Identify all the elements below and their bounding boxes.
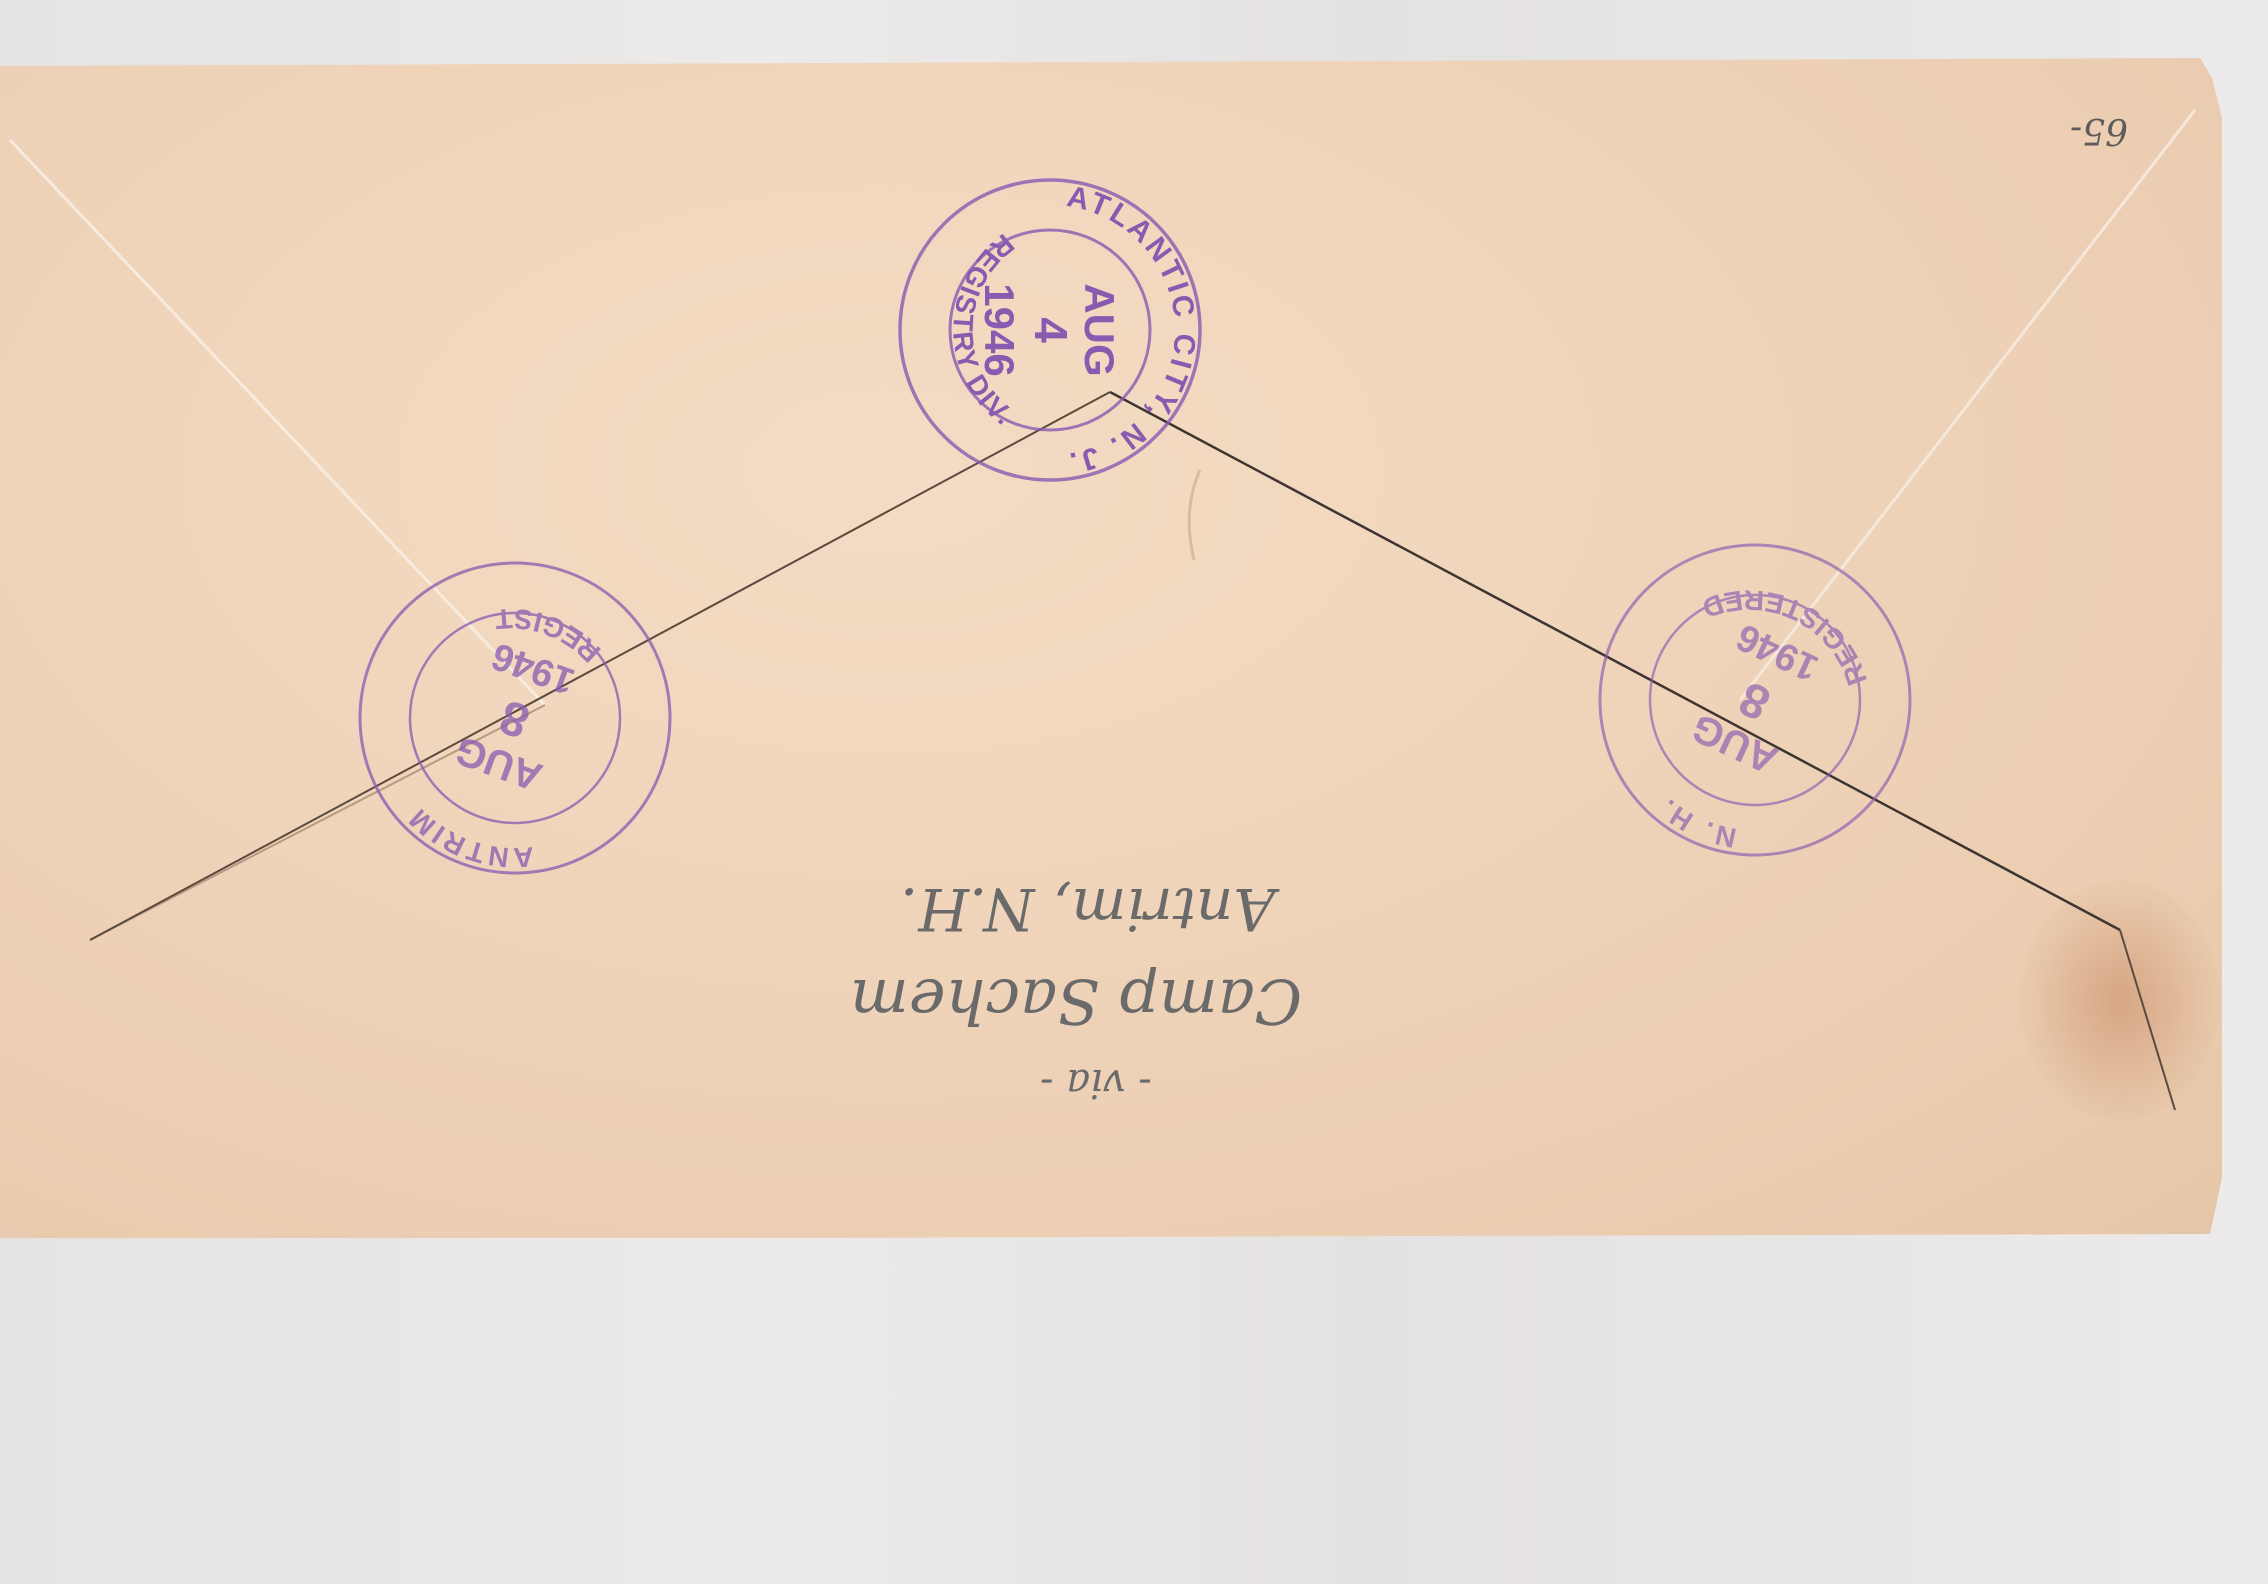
- postmark-antrim: ANTRIM REGIST AUG 8 1946: [345, 548, 685, 888]
- svg-text:8: 8: [1731, 671, 1778, 730]
- handwritten-antrim-nh: Antrim, N.H.: [900, 875, 1275, 943]
- handwritten-via: - via -: [1040, 1060, 1152, 1106]
- handwritten-camp-sachem: Camp Sachem: [850, 965, 1302, 1038]
- svg-text:N. H.: N. H.: [1648, 788, 1745, 859]
- postmark-registered-nh: N. H. REGISTERED AUG 8 1946: [1585, 530, 1925, 870]
- corner-pencil-note: 65-: [2070, 110, 2128, 151]
- svg-text:ANTRIM: ANTRIM: [395, 797, 544, 888]
- postmark-atlantic-city: ATLANTIC CITY, N. J. REGISTRY DIV. AUG 4…: [880, 160, 1220, 500]
- svg-text:1946: 1946: [976, 283, 1023, 376]
- svg-text:8: 8: [493, 689, 536, 748]
- svg-text:4: 4: [1025, 317, 1077, 343]
- svg-text:AUG: AUG: [1076, 283, 1123, 376]
